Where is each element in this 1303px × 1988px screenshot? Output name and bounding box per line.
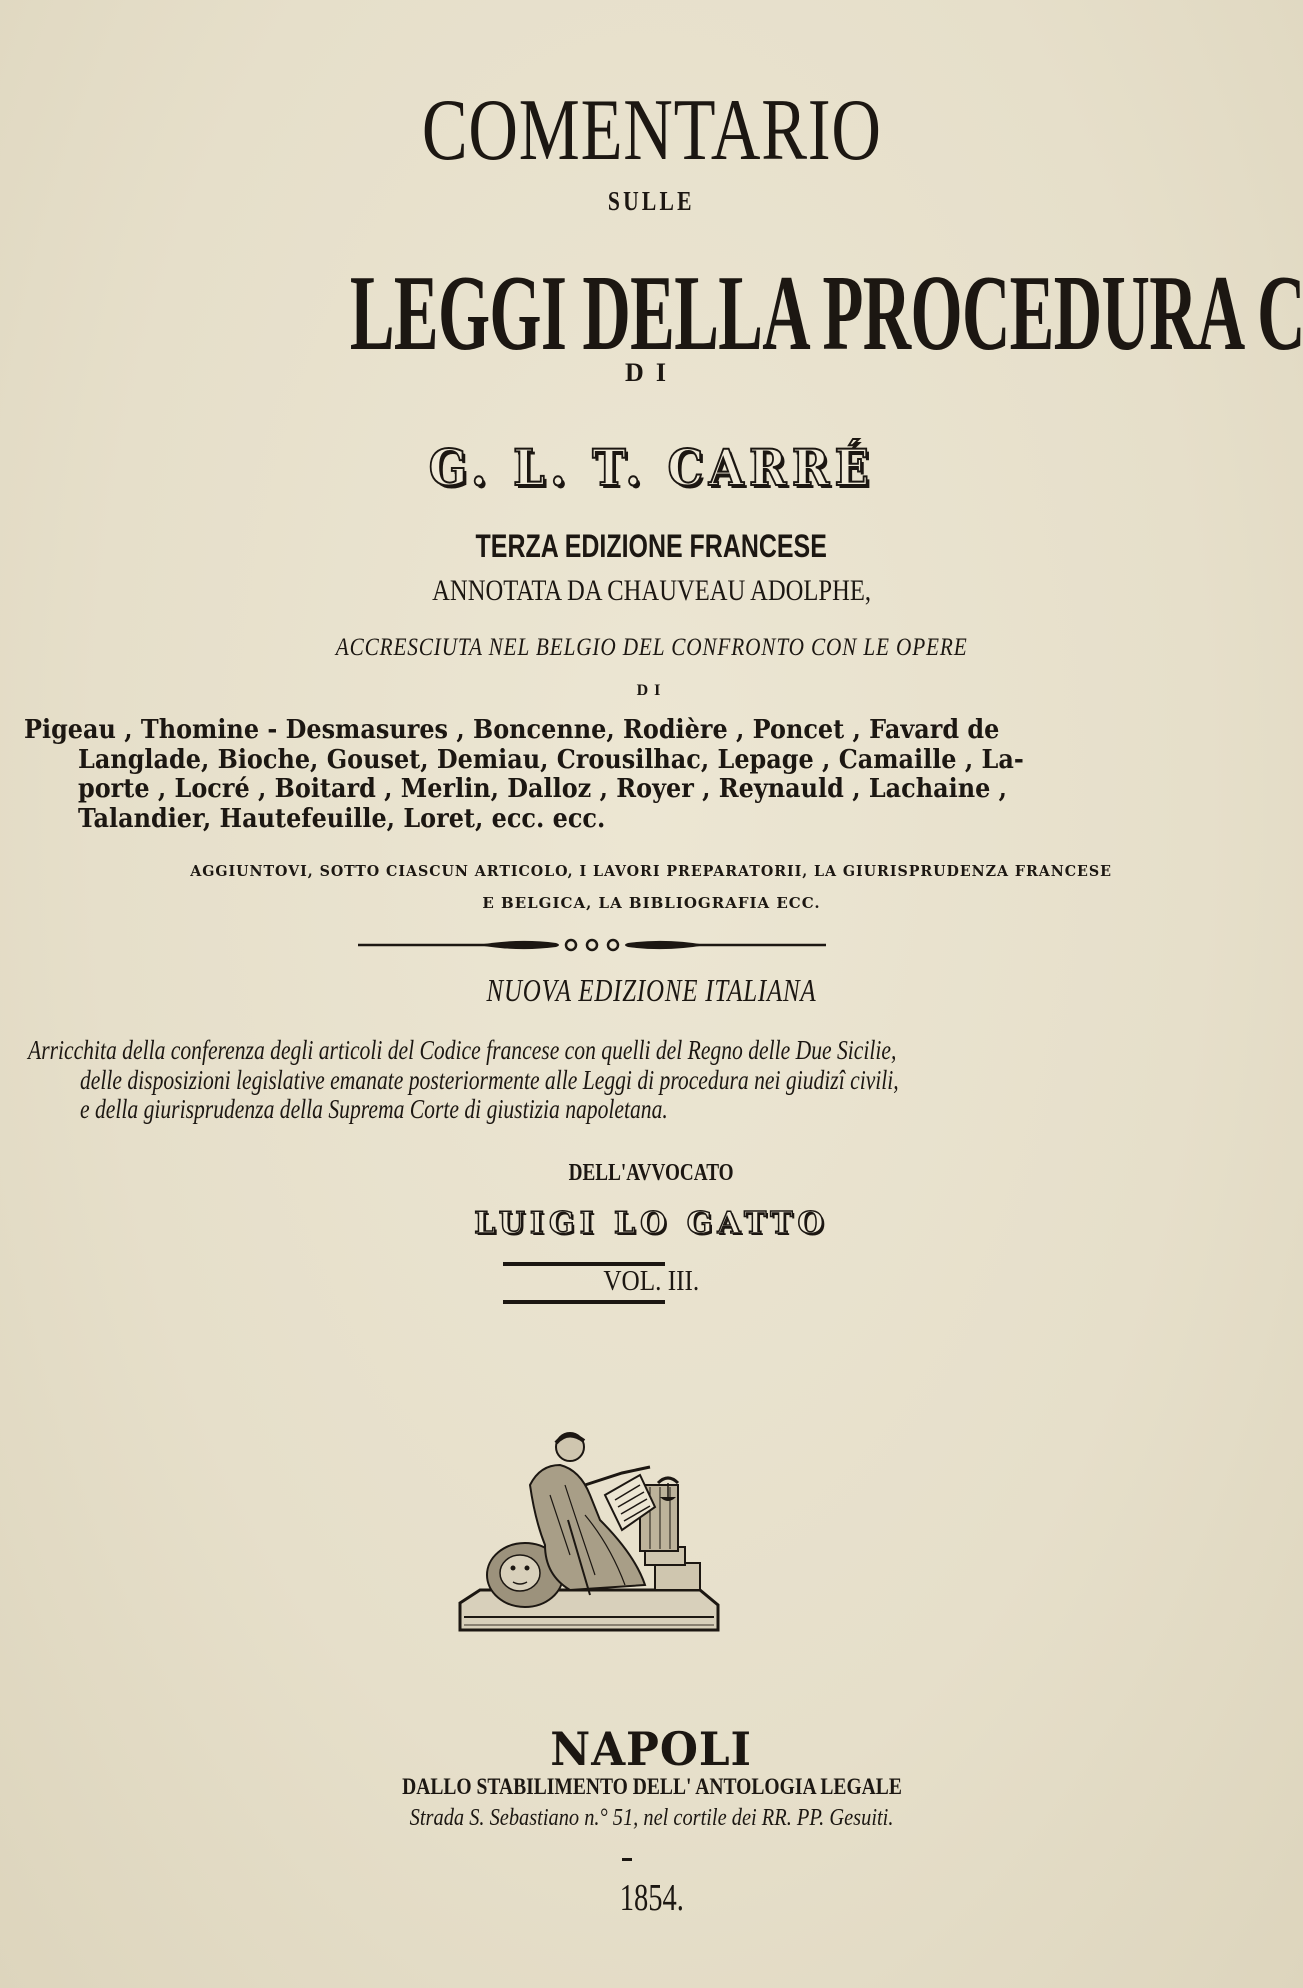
title-line-di: DI bbox=[0, 358, 1303, 388]
french-edition-line: TERZA EDIZIONE FRANCESE bbox=[0, 528, 1303, 565]
description-line: e della giurisprudenza della Suprema Cor… bbox=[28, 1095, 1168, 1125]
authors-line-text: porte , Locré , Boitard , Merlin, Dalloz… bbox=[78, 775, 1007, 805]
author-name-text: G. L. T. CARRÉ bbox=[429, 438, 875, 497]
imprint-dash bbox=[622, 1858, 632, 1861]
justice-vignette-icon bbox=[450, 1425, 726, 1640]
imprint-city-text: NAPOLI bbox=[551, 1722, 753, 1776]
authors-line-text: Talandier, Hautefeuille, Loret, ecc. ecc… bbox=[78, 805, 605, 835]
authors-line: Langlade, Bioche, Gouset, Demiau, Crousi… bbox=[24, 746, 1164, 776]
volume-rule-bottom bbox=[503, 1300, 665, 1304]
imprint-address: Strada S. Sebastiano n.° 51, nel cortile… bbox=[0, 1805, 1303, 1832]
ornamental-rule-icon bbox=[358, 934, 826, 956]
french-edition-text: TERZA EDIZIONE FRANCESE bbox=[476, 528, 827, 565]
volume-label-text: VOL. III. bbox=[604, 1266, 700, 1298]
description-line-text: delle disposizioni legislative emanate p… bbox=[80, 1066, 899, 1096]
editor-title: DELL'AVVOCATO bbox=[0, 1160, 1303, 1187]
authors-line-text: Langlade, Bioche, Gouset, Demiau, Crousi… bbox=[78, 746, 1024, 776]
imprint-publisher-text: DALLO STABILIMENTO DELL' ANTOLOGIA LEGAL… bbox=[402, 1774, 902, 1800]
title-line-comentario: COMENTARIO bbox=[0, 80, 1303, 181]
imprint-year: 1854. bbox=[0, 1876, 1303, 1920]
volume-label: VOL. III. bbox=[0, 1266, 1303, 1298]
description-line-text: e della giurisprudenza della Suprema Cor… bbox=[80, 1095, 668, 1125]
annotated-by-line: ANNOTATA DA CHAUVEAU ADOLPHE, bbox=[0, 574, 1303, 608]
italian-edition-description: Arricchita della conferenza degli artico… bbox=[28, 1036, 1168, 1125]
author-name: G. L. T. CARRÉ bbox=[0, 438, 1303, 497]
editor-name: LUIGI LO GATTO bbox=[0, 1206, 1303, 1241]
di-line: DI bbox=[0, 682, 1303, 700]
description-line-text: Arricchita della conferenza degli artico… bbox=[28, 1036, 896, 1066]
italian-edition-heading: NUOVA EDIZIONE ITALIANA bbox=[0, 972, 1303, 1009]
authors-line: Talandier, Hautefeuille, Loret, ecc. ecc… bbox=[24, 805, 1164, 835]
authors-line-text: Pigeau , Thomine - Desmasures , Boncenne… bbox=[24, 716, 999, 746]
italian-edition-heading-text: NUOVA EDIZIONE ITALIANA bbox=[487, 972, 817, 1009]
imprint-publisher: DALLO STABILIMENTO DELL' ANTOLOGIA LEGAL… bbox=[0, 1774, 1303, 1800]
editor-title-text: DELL'AVVOCATO bbox=[569, 1160, 734, 1187]
additions-line-1: AGGIUNTOVI, SOTTO CIASCUN ARTICOLO, I LA… bbox=[0, 862, 1303, 880]
augmented-text: ACCRESCIUTA NEL BELGIO DEL CONFRONTO CON… bbox=[336, 634, 968, 662]
imprint-address-text: Strada S. Sebastiano n.° 51, nel cortile… bbox=[410, 1805, 894, 1832]
title-line-sulle: SULLE bbox=[0, 186, 1303, 217]
title-comentario-text: COMENTARIO bbox=[422, 80, 882, 181]
description-line: delle disposizioni legislative emanate p… bbox=[28, 1066, 1168, 1096]
imprint-year-text: 1854. bbox=[619, 1876, 683, 1920]
additions-line-2: E BELGICA, LA BIBLIOGRAFIA ECC. bbox=[0, 894, 1303, 912]
description-line: Arricchita della conferenza degli artico… bbox=[28, 1036, 1168, 1066]
authors-line: porte , Locré , Boitard , Merlin, Dalloz… bbox=[24, 775, 1164, 805]
compared-authors-block: Pigeau , Thomine - Desmasures , Boncenne… bbox=[24, 716, 1164, 834]
annotated-by-text: ANNOTATA DA CHAUVEAU ADOLPHE, bbox=[432, 574, 871, 608]
authors-line: Pigeau , Thomine - Desmasures , Boncenne… bbox=[24, 716, 1164, 746]
title-sulle-text: SULLE bbox=[608, 186, 695, 217]
augmented-line: ACCRESCIUTA NEL BELGIO DEL CONFRONTO CON… bbox=[0, 634, 1303, 662]
additions-line-1-text: AGGIUNTOVI, SOTTO CIASCUN ARTICOLO, I LA… bbox=[191, 862, 1113, 880]
imprint-city: NAPOLI bbox=[0, 1722, 1303, 1776]
